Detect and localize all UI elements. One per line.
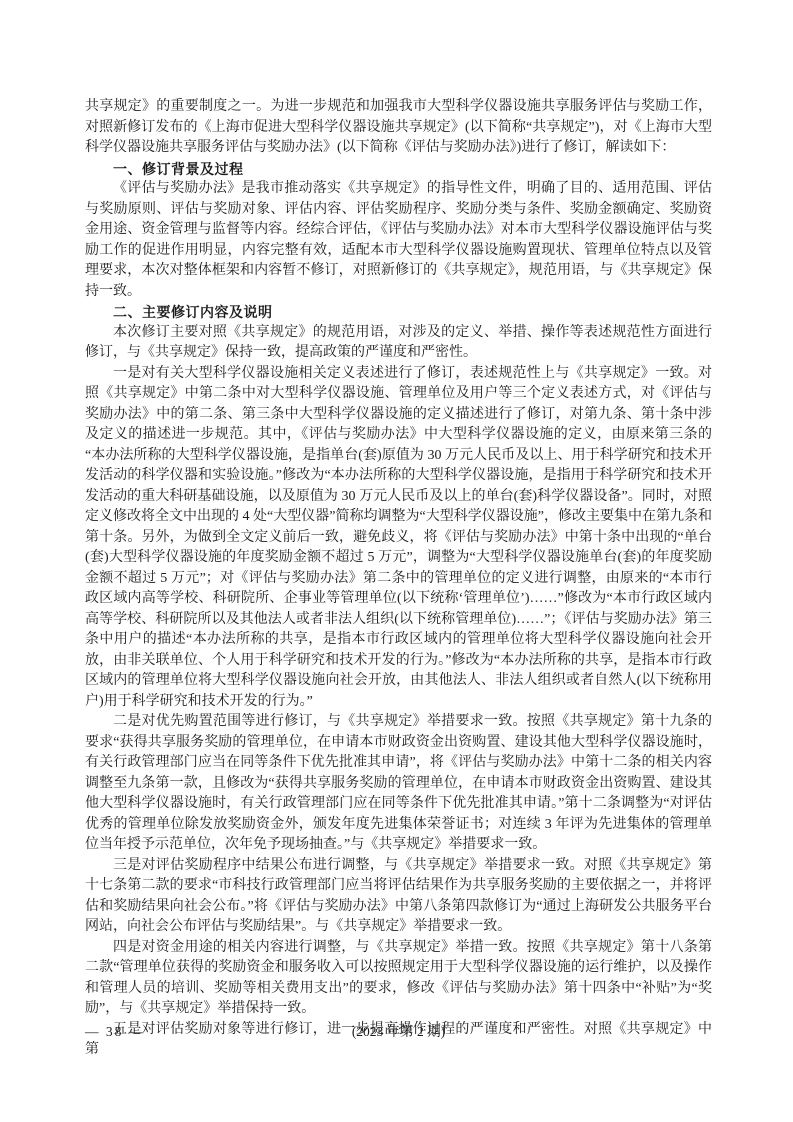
document-body: 共享规定》的重要制度之一。为进一步规范和加强我市大型科学仪器设施共享服务评估与奖… <box>85 97 712 1061</box>
paragraph: 四是对资金用途的相关内容进行调整，与《共享规定》举措一致。按照《共享规定》第十八… <box>85 938 712 1020</box>
paragraph: 一是对有关大型科学仪器设施相关定义表述进行了修订，表述规范性上与《共享规定》一致… <box>85 364 712 713</box>
page-footer: — 38 — (2023 年第 2 期) <box>85 1021 712 1043</box>
document-page: 共享规定》的重要制度之一。为进一步规范和加强我市大型科学仪器设施共享服务评估与奖… <box>0 0 793 1122</box>
paragraph: 《评估与奖励办法》是我市推动落实《共享规定》的指导性文件，明确了目的、适用范围、… <box>85 179 712 302</box>
section-heading: 一、修订背景及过程 <box>85 159 712 180</box>
paragraph: 二是对优先购置范围等进行修订，与《共享规定》举措要求一致。按照《共享规定》第十九… <box>85 712 712 856</box>
paragraph: 本次修订主要对照《共享规定》的规范用语，对涉及的定义、举措、操作等表述规范性方面… <box>85 323 712 364</box>
section-heading: 二、主要修订内容及说明 <box>85 302 712 323</box>
paragraph: 共享规定》的重要制度之一。为进一步规范和加强我市大型科学仪器设施共享服务评估与奖… <box>85 97 712 159</box>
footer-issue-label: (2023 年第 2 期) <box>85 1021 712 1043</box>
paragraph: 三是对评估奖励程序中结果公布进行调整，与《共享规定》举措要求一致。对照《共享规定… <box>85 856 712 938</box>
